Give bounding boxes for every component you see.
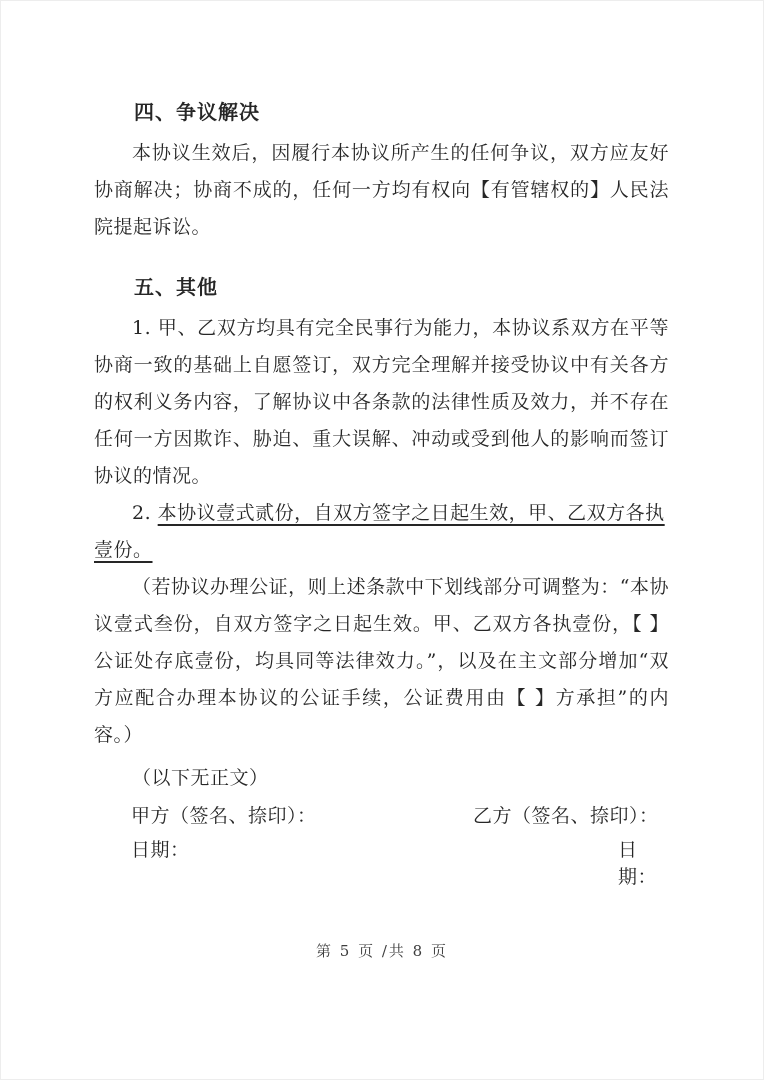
contract-page: 四、争议解决 本协议生效后，因履行本协议所产生的任何争议，双方应友好协商解决；协… bbox=[0, 0, 764, 1080]
party-a-signature-label: 甲方（签名、捺印）： bbox=[131, 801, 317, 828]
date-row: 日期： 日期： bbox=[94, 835, 669, 869]
page-content: 四、争议解决 本协议生效后，因履行本协议所产生的任何争议，双方应友好协商解决；协… bbox=[94, 97, 669, 869]
item-2-underlined-clause: 本协议壹式贰份，自双方签字之日起生效，甲、乙双方各执壹份。 bbox=[94, 502, 665, 561]
notarization-note: （若协议办理公证，则上述条款中下划线部分可调整为：“本协议壹式叁份，自双方签字之… bbox=[94, 569, 669, 754]
section-5-heading: 五、其他 bbox=[94, 272, 669, 302]
party-b-date-label: 日期： bbox=[618, 835, 669, 889]
signature-row: 甲方（签名、捺印）： 乙方（签名、捺印）： bbox=[94, 801, 669, 835]
section-4-paragraph: 本协议生效后，因履行本协议所产生的任何争议，双方应友好协商解决；协商不成的，任何… bbox=[94, 135, 669, 246]
section-4-heading: 四、争议解决 bbox=[94, 97, 669, 127]
party-b-signature-label: 乙方（签名、捺印）： bbox=[473, 801, 659, 828]
section-5-item-2: 2. 本协议壹式贰份，自双方签字之日起生效，甲、乙双方各执壹份。 bbox=[94, 495, 669, 569]
party-a-date-label: 日期： bbox=[131, 835, 190, 862]
section-5-item-1: 1. 甲、乙双方均具有完全民事行为能力，本协议系双方在平等协商一致的基础上自愿签… bbox=[94, 310, 669, 495]
item-2-number: 2. bbox=[132, 502, 158, 524]
no-more-text-marker: （以下无正文） bbox=[94, 760, 669, 797]
page-number-footer: 第 5 页 /共 8 页 bbox=[1, 940, 763, 961]
